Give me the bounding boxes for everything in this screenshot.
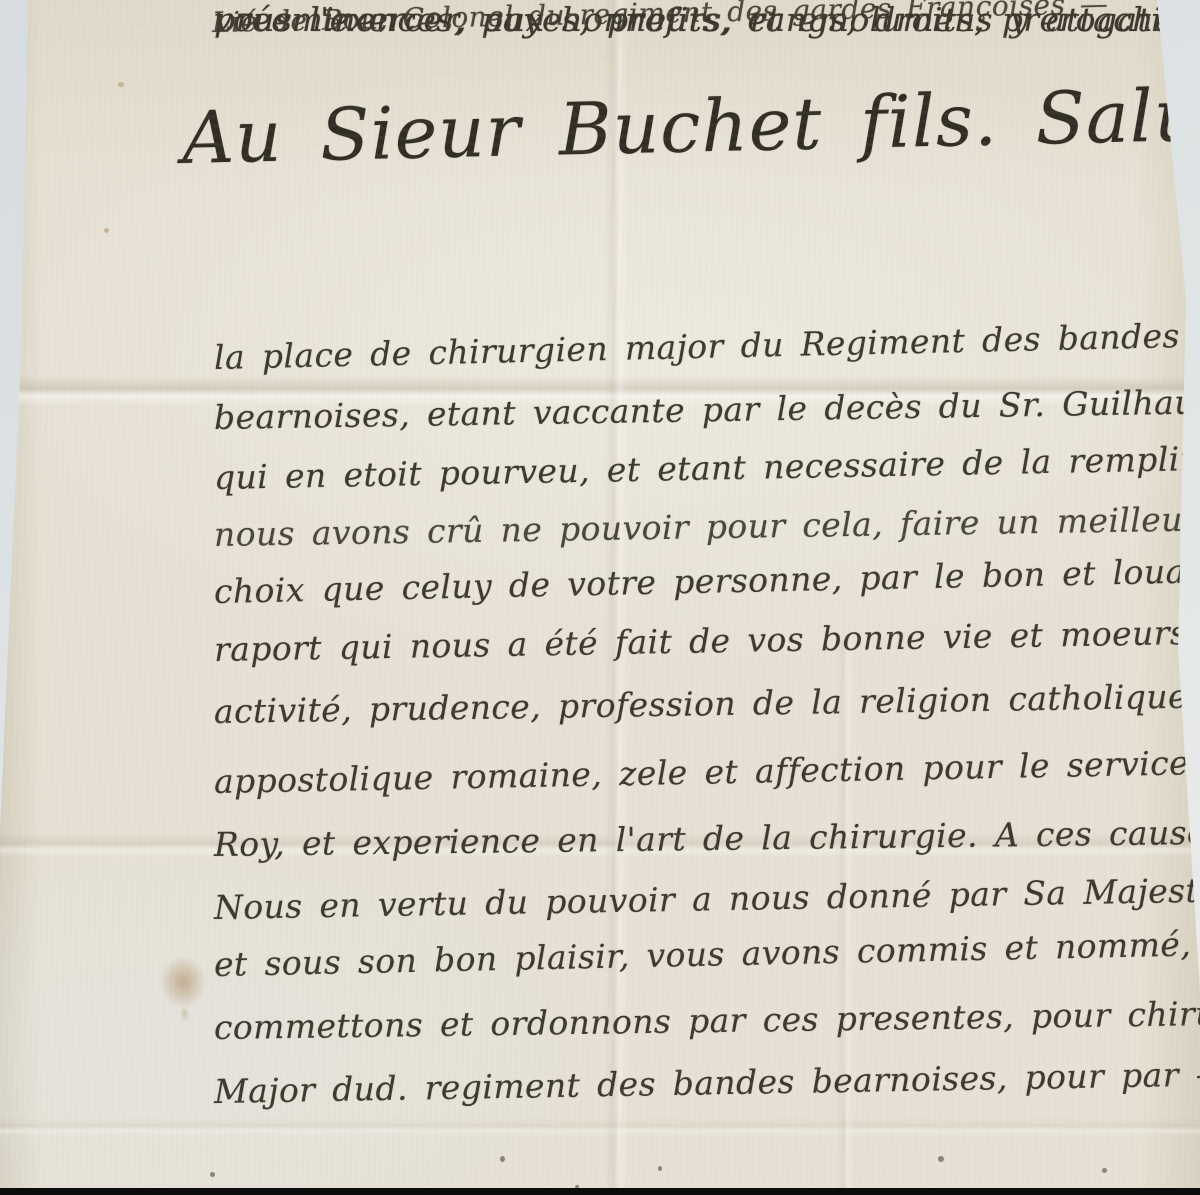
manuscript-line: préeminences, payes, profits, et emolume… [214, 0, 1191, 39]
manuscript-line: et sous son bon plaisir, vous avons comm… [214, 925, 1192, 984]
manuscript-line: commettons et ordonnons par ces presente… [214, 993, 1200, 1047]
photo-edge-bar [0, 1188, 1200, 1195]
manuscript-line: raport qui nous a été fait de vos bonne … [214, 612, 1200, 669]
manuscript-line: Nous en vertu du pouvoir a nous donné pa… [214, 870, 1200, 927]
manuscript-line: bearnoises, etant vaccante par le decès … [214, 382, 1200, 437]
manuscript-text: Lié de Bou, Colonel du regiment des gard… [0, 0, 1200, 1195]
manuscript-line: qui en etoit pourveu, et etant necessair… [214, 438, 1200, 497]
manuscript-line: appostolique romaine, zele et affection … [214, 741, 1200, 801]
manuscript-paper: Lié de Bou, Colonel du regiment des gard… [0, 0, 1200, 1195]
manuscript-line: Major dud. regiment des bandes bearnoise… [214, 1054, 1200, 1111]
manuscript-line: la place de chirurgien major du Regiment… [214, 315, 1200, 377]
manuscript-line: activité, prudence, profession de la rel… [214, 677, 1189, 731]
manuscript-line: Roy, et experience en l'art de la chirur… [214, 813, 1200, 864]
photo-background: Lié de Bou, Colonel du regiment des gard… [0, 0, 1200, 1195]
manuscript-line: nous avons crû ne pouvoir pour cela, fai… [214, 499, 1200, 554]
document-heading: Au Sieur Buchet fils. Salut [181, 72, 1200, 180]
manuscript-line: choix que celuy de votre personne, par l… [214, 551, 1200, 611]
